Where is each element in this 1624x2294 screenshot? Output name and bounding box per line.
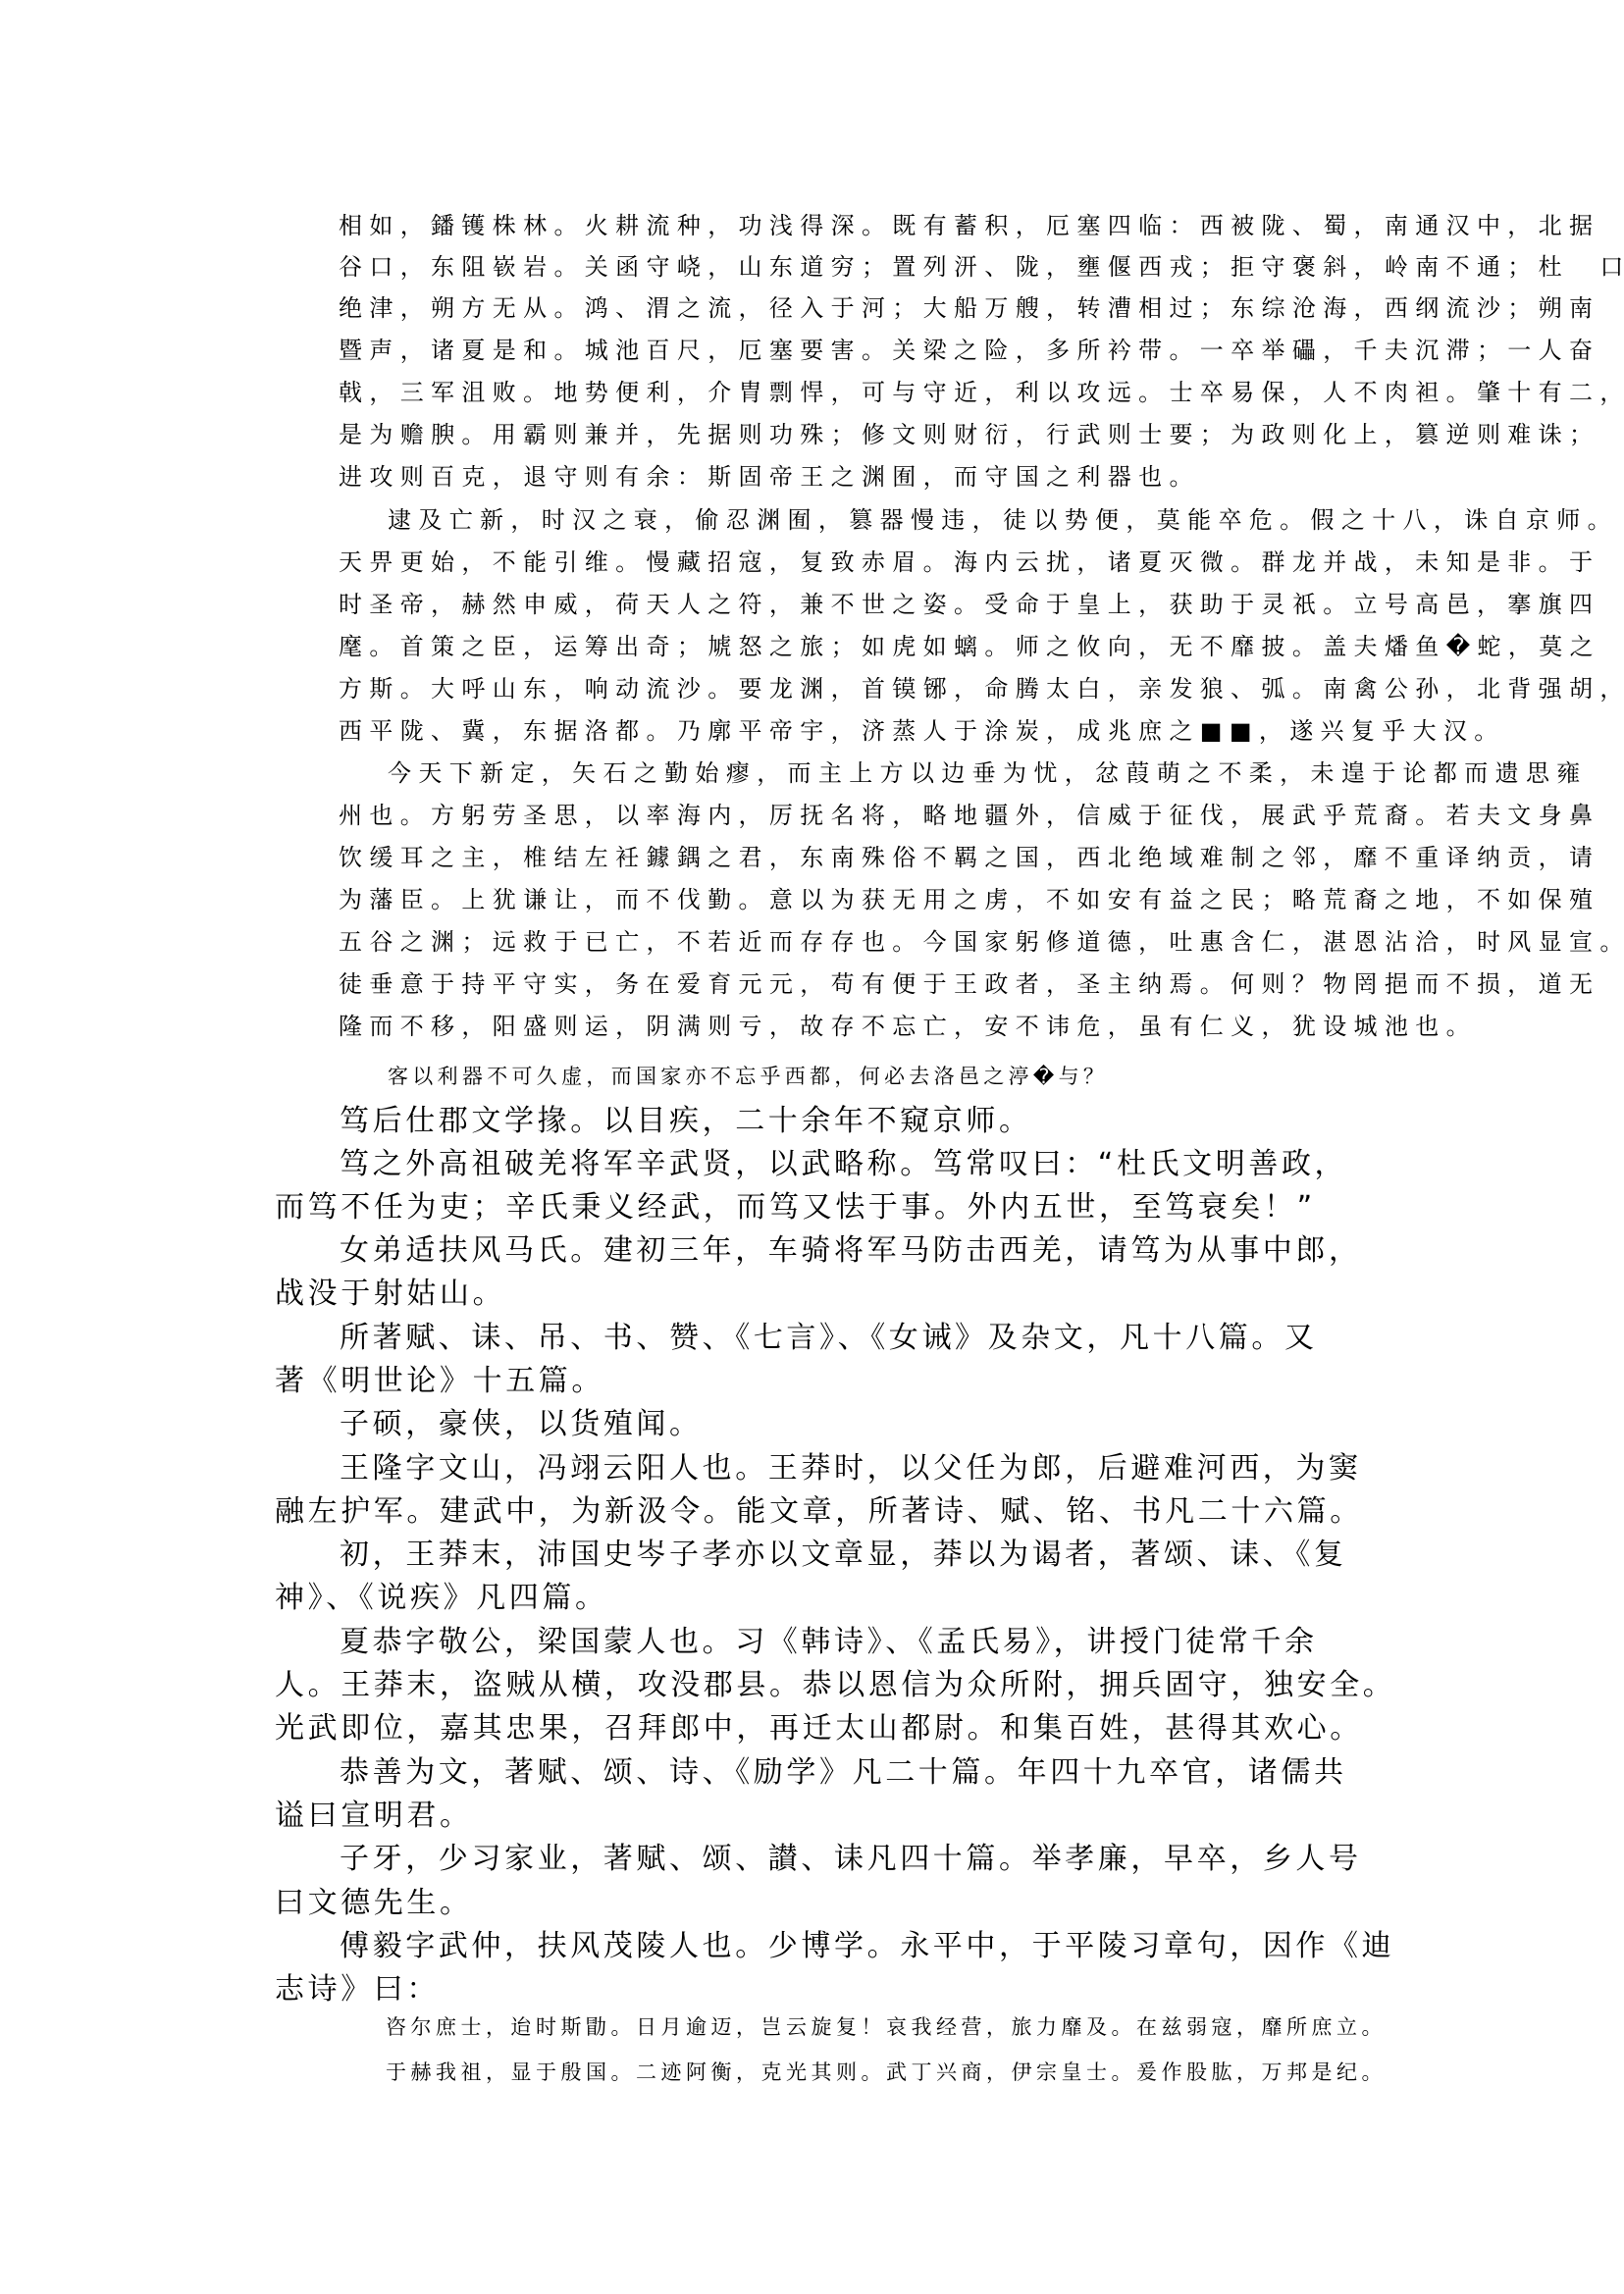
paragraph-start: 初，王莽末，沛国史岑子孝亦以文章显，莽以为谒者，著颂、诔、《复 — [340, 1540, 1347, 1570]
paragraph-line: 曰文德先生。 — [275, 1889, 473, 1918]
quoted-line: 西平陇、冀，东据洛都。乃廓平帝宇，济蒸人于涂炭，成兆庶之■■，遂兴复乎大汉。 — [339, 719, 1505, 743]
quoted-line: 徒垂意于持平守实，务在爱育元元，苟有便于王政者，圣主纳焉。何则？物罔挹而不损，道… — [339, 972, 1599, 996]
quoted-paragraph-start: 逮及亡新，时汉之衰，偷忍渊囿，篡器慢违，徒以势便，莫能卒危。假之十八，诛自京师。 — [388, 508, 1618, 532]
quoted-paragraph-start: 今天下新定，矢石之勤始瘳，而主上方以边垂为忧，忿葭萌之不柔，未遑于论都而遗思雍 — [388, 761, 1588, 785]
quoted-line: 隆而不移，阳盛则运，阴满则亏，故存不忘亡，安不讳危，虽有仁义，犹设城池也。 — [339, 1015, 1477, 1038]
document-page: 相如，鐇镬株林。火耕流种，功浅得深。既有蓄积，厄塞四临：西被陇、蜀，南通汉中，北… — [0, 0, 1624, 2294]
paragraph-line: 谥曰宣明君。 — [275, 1801, 473, 1831]
paragraph-start: 恭善为文，著赋、颂、诗、《励学》凡二十篇。年四十九卒官，诸儒共 — [340, 1758, 1347, 1788]
paragraph-start: 女弟适扶风马氏。建初三年，车骑将军马防击西羌，请笃为从事中郎， — [340, 1236, 1362, 1266]
poem-line: 咨尔庶士，迨时斯勖。日月逾迈，岂云旋复！哀我经营，旅力靡及。在兹弱寇，靡所庶立。 — [386, 2017, 1387, 2038]
paragraph-start: 笃后仕郡文学掾。以目疾，二十余年不窥京师。 — [340, 1107, 1032, 1136]
quoted-line: 戟，三军沮败。地势便利，介胄剽悍，可与守近，利以攻远。士卒易保，人不肉袒。肇十有… — [339, 381, 1624, 404]
paragraph-start: 王隆字文山，冯翊云阳人也。王莽时，以父任为郎，后避难河西，为窦 — [340, 1454, 1362, 1484]
paragraph-line: 战没于射姑山。 — [275, 1279, 505, 1309]
quoted-line: 麾。首策之臣，运筹出奇；虓怒之旅；如虎如螭。师之攸向，无不靡披。盖夫燔鱼�蛇，莫… — [339, 635, 1600, 658]
paragraph-line: 志诗》曰： — [275, 1975, 440, 2005]
paragraph-line: 光武即位，嘉其忠果，召拜郎中，再迁太山都尉。和集百姓，甚得其欢心。 — [275, 1714, 1363, 1744]
quoted-line: 谷口，东阻嵚岩。关函守峣，山东道穷；置列汧、陇，壅偃西戎；拒守褒斜，岭南不通；杜… — [339, 255, 1624, 279]
quoted-line: 饮缓耳之主，椎结左衽鐻鍝之君，东南殊俗不羁之国，西北绝域难制之邻，靡不重译纳贡，… — [339, 846, 1599, 869]
quoted-line: 进攻则百克，退守则有余：斯固帝王之渊囿，而守国之利器也。 — [339, 465, 1200, 489]
paragraph-line: 人。王莽末，盗贼从横，攻没郡县。恭以恩信为众所附，拥兵固守，独安全。 — [275, 1671, 1395, 1700]
quoted-line: 为藩臣。上犹谦让，而不伐勤。意以为获无用之虏，不如安有益之民；略荒裔之地，不如保… — [339, 888, 1599, 912]
paragraph-start: 子牙，少习家业，著赋、颂、讃、诔凡四十篇。举孝廉，早卒，乡人号 — [340, 1845, 1362, 1874]
paragraph-line: 著《明世论》十五篇。 — [275, 1367, 604, 1396]
quoted-line: 天畀更始，不能引维。慢藏招寇，复致赤眉。海内云扰，诸夏灭微。群龙并战，未知是非。… — [339, 550, 1599, 574]
quoted-line: 方斯。大呼山东，响动流沙。要龙渊，首镆铘，命腾太白，亲发狼、弧。南禽公孙，北背强… — [339, 677, 1624, 701]
quoted-closing-line: 客以利器不可久虚，而国家亦不忘乎西都，何必去洛邑之渟�与？ — [388, 1067, 1108, 1087]
paragraph-start: 夏恭字敬公，梁国蒙人也。习《韩诗》、《孟氏易》，讲授门徒常千余 — [340, 1628, 1318, 1657]
quoted-line: 相如，鐇镬株林。火耕流种，功浅得深。既有蓄积，厄塞四临：西被陇、蜀，南通汉中，北… — [339, 214, 1599, 237]
quoted-line: 州也。方躬劳圣思，以率海内，厉抚名将，略地疆外，信威于征伐，展武乎荒裔。若夫文身… — [339, 804, 1599, 827]
quoted-line: 暨声，诸夏是和。城池百尺，厄塞要害。关梁之险，多所衿带。一卒举礧，千夫沉滞；一人… — [339, 339, 1599, 362]
paragraph-start: 笃之外高祖破羌将军辛武贤，以武略称。笃常叹曰：“杜氏文明善政， — [340, 1150, 1347, 1179]
paragraph-start: 子硕，豪侠，以货殖闻。 — [340, 1410, 703, 1439]
quoted-line: 绝津，朔方无从。鸿、渭之流，径入于河；大船万艘，转漕相过；东综沧海，西纲流沙；朔… — [339, 296, 1599, 320]
paragraph-line: 融左护军。建武中，为新汲令。能文章，所著诗、赋、铭、书凡二十六篇。 — [275, 1497, 1363, 1527]
quoted-line: 五谷之渊；远救于已亡，不若近而存存也。今国家躬修道德，吐惠含仁，湛恩沾洽，时风显… — [339, 930, 1624, 954]
quoted-line: 是为赡腴。用霸则兼并，先据则功殊；修文则财衍，行武则士要；为政则化上，篡逆则难诛… — [339, 423, 1599, 446]
paragraph-line: 而笃不任为吏；辛氏秉义经武，而笃又怯于事。外内五世，至笃衰矣！” — [275, 1193, 1316, 1223]
quoted-line: 时圣帝，赫然申威，荷天人之符，兼不世之姿。受命于皇上，获助于灵祇。立号高邑，搴旗… — [339, 593, 1599, 616]
paragraph-start: 傅毅字武仲，扶风茂陵人也。少博学。永平中，于平陵习章句，因作《迪 — [340, 1932, 1394, 1961]
paragraph-line: 神》、《说疾》凡四篇。 — [275, 1584, 608, 1613]
paragraph-start: 所著赋、诔、吊、书、赞、《七言》、《女诫》及杂文，凡十八篇。又 — [340, 1324, 1318, 1353]
poem-line: 于赫我祖，显于殷国。二迹阿衡，克光其则。武丁兴商，伊宗皇士。爰作股肱，万邦是纪。 — [386, 2062, 1387, 2083]
